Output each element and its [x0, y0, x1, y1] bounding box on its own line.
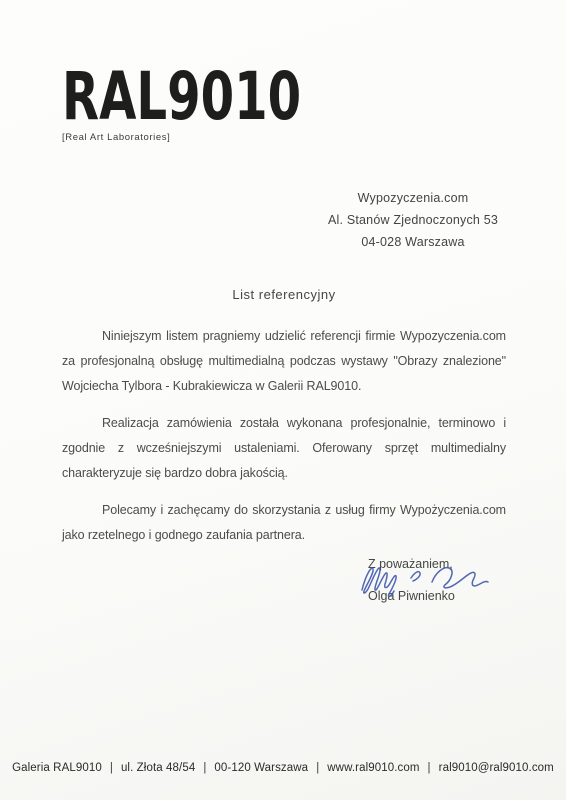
- footer-separator: |: [203, 762, 206, 774]
- footer-contact-bar: Galeria RAL9010|ul. Złota 48/54|00-120 W…: [0, 762, 566, 774]
- recipient-address-block: Wypozyczenia.com Al. Stanów Zjednoczonyc…: [322, 187, 504, 253]
- letter-document: RAL9010 [Real Art Laboratories] Wypozycz…: [0, 0, 566, 800]
- paragraph-introduction: Niniejszym listem pragniemy udzielić ref…: [62, 324, 506, 399]
- scanned-letter-screenshot: { "letter": { "logo": { "text": "RAL9010…: [0, 0, 566, 800]
- signature-stroke: [411, 572, 420, 581]
- footer-separator: |: [428, 762, 431, 774]
- footer-city: 00-120 Warszawa: [214, 762, 308, 774]
- paragraph-recommendation: Polecamy i zachęcamy do skorzystania z u…: [62, 498, 506, 548]
- signer-name: Olga Piwnienko: [368, 588, 506, 604]
- closing-block: Z poważaniem, Olga Piwnienko: [368, 556, 506, 604]
- closing-salutation: Z poważaniem,: [368, 556, 506, 572]
- footer-gallery-name: Galeria RAL9010: [12, 762, 102, 774]
- recipient-street: Al. Stanów Zjednoczonych 53: [322, 209, 504, 231]
- recipient-name: Wypozyczenia.com: [322, 187, 504, 209]
- footer-street: ul. Złota 48/54: [121, 762, 195, 774]
- footer-email: ral9010@ral9010.com: [439, 762, 554, 774]
- recipient-city: 04-028 Warszawa: [322, 231, 504, 253]
- footer-website: www.ral9010.com: [327, 762, 419, 774]
- letter-title: List referencyjny: [62, 287, 506, 302]
- footer-separator: |: [316, 762, 319, 774]
- letterhead: RAL9010 [Real Art Laboratories]: [62, 70, 506, 143]
- paragraph-service-quality: Realizacja zamówienia została wykonana p…: [62, 411, 506, 486]
- footer-separator: |: [110, 762, 113, 774]
- logo-ral9010: RAL9010: [62, 70, 386, 124]
